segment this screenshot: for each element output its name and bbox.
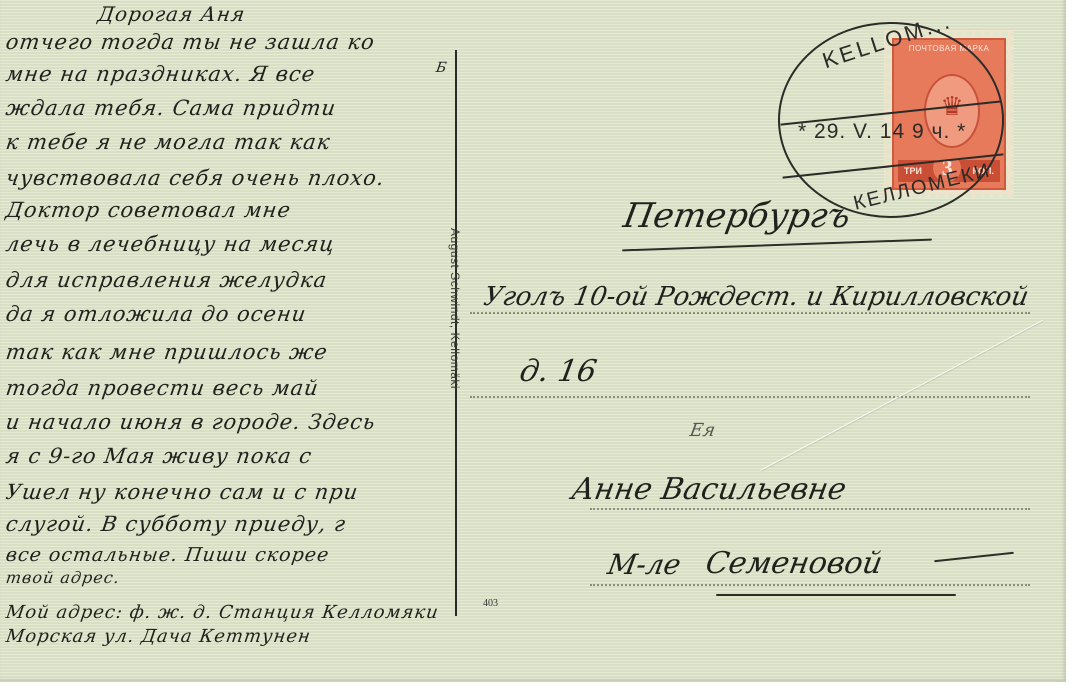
recipient-title: М-ле	[605, 548, 683, 581]
surname-flourish	[934, 552, 1014, 562]
message-line: мне на праздниках. Я все	[4, 62, 317, 86]
message-line: все остальные. Пиши скорее	[4, 544, 330, 566]
message-line: ждала тебя. Сама придти	[4, 96, 337, 120]
return-address-line: Морская ул. Дача Кеттунен	[5, 626, 313, 647]
message-line: и начало июня в городе. Здесь	[4, 410, 377, 434]
message-line: Ушел ну конечно сам и с при	[4, 480, 360, 504]
message-line: лечь в лечебницу на месяц	[4, 232, 336, 256]
postcard: Дорогая Аня отчего тогда ты не зашла ко …	[0, 0, 1066, 682]
message-line: слугой. В субботу приеду, г	[4, 512, 347, 536]
message-line: да я отложила до осени	[4, 302, 308, 326]
postmark-date: * 29. V. 14 9 ч. *	[798, 120, 966, 144]
city-underline	[622, 239, 932, 252]
address-city: Петербургъ	[620, 196, 853, 236]
message-line: для исправления желудка	[4, 268, 329, 292]
message-line: твой адрес.	[5, 568, 122, 587]
message-line: тогда провести весь май	[4, 376, 320, 400]
address-street: Уголъ 10-ой Рождест. и Кирилловской	[481, 282, 1031, 312]
surname-underline	[716, 594, 956, 596]
star-icon: *	[798, 120, 807, 143]
recipient-name: Анне Васильевне	[569, 472, 849, 507]
address-line-dots	[470, 396, 1030, 398]
recipient-surname: Семеновой	[703, 546, 885, 581]
star-icon: *	[957, 120, 966, 143]
message-line: я с 9-го Мая живу пока с	[4, 444, 314, 468]
recipient-prefix: Ея	[688, 420, 717, 441]
message-line: отчего тогда ты не зашла ко	[4, 30, 376, 54]
publisher-imprint: August Schwindt, Kellomäki	[448, 228, 462, 438]
greeting: Дорогая Аня	[96, 2, 247, 26]
message-line: к тебе я не могла так как	[4, 130, 332, 154]
message-line: так как мне пришлось же	[4, 340, 329, 364]
message-line: Доктор советовал мне	[4, 198, 292, 222]
return-address-line: Мой адрес: ф. ж. д. Станция Келломяки	[5, 602, 441, 623]
margin-note: Б	[435, 60, 449, 76]
address-line-dots	[590, 584, 1030, 586]
address-house: д. 16	[517, 354, 599, 389]
address-line-dots	[590, 508, 1030, 510]
message-line: чувствовала себя очень плохо.	[4, 166, 386, 190]
address-line-dots	[470, 312, 1030, 314]
card-number: 403	[483, 598, 498, 609]
